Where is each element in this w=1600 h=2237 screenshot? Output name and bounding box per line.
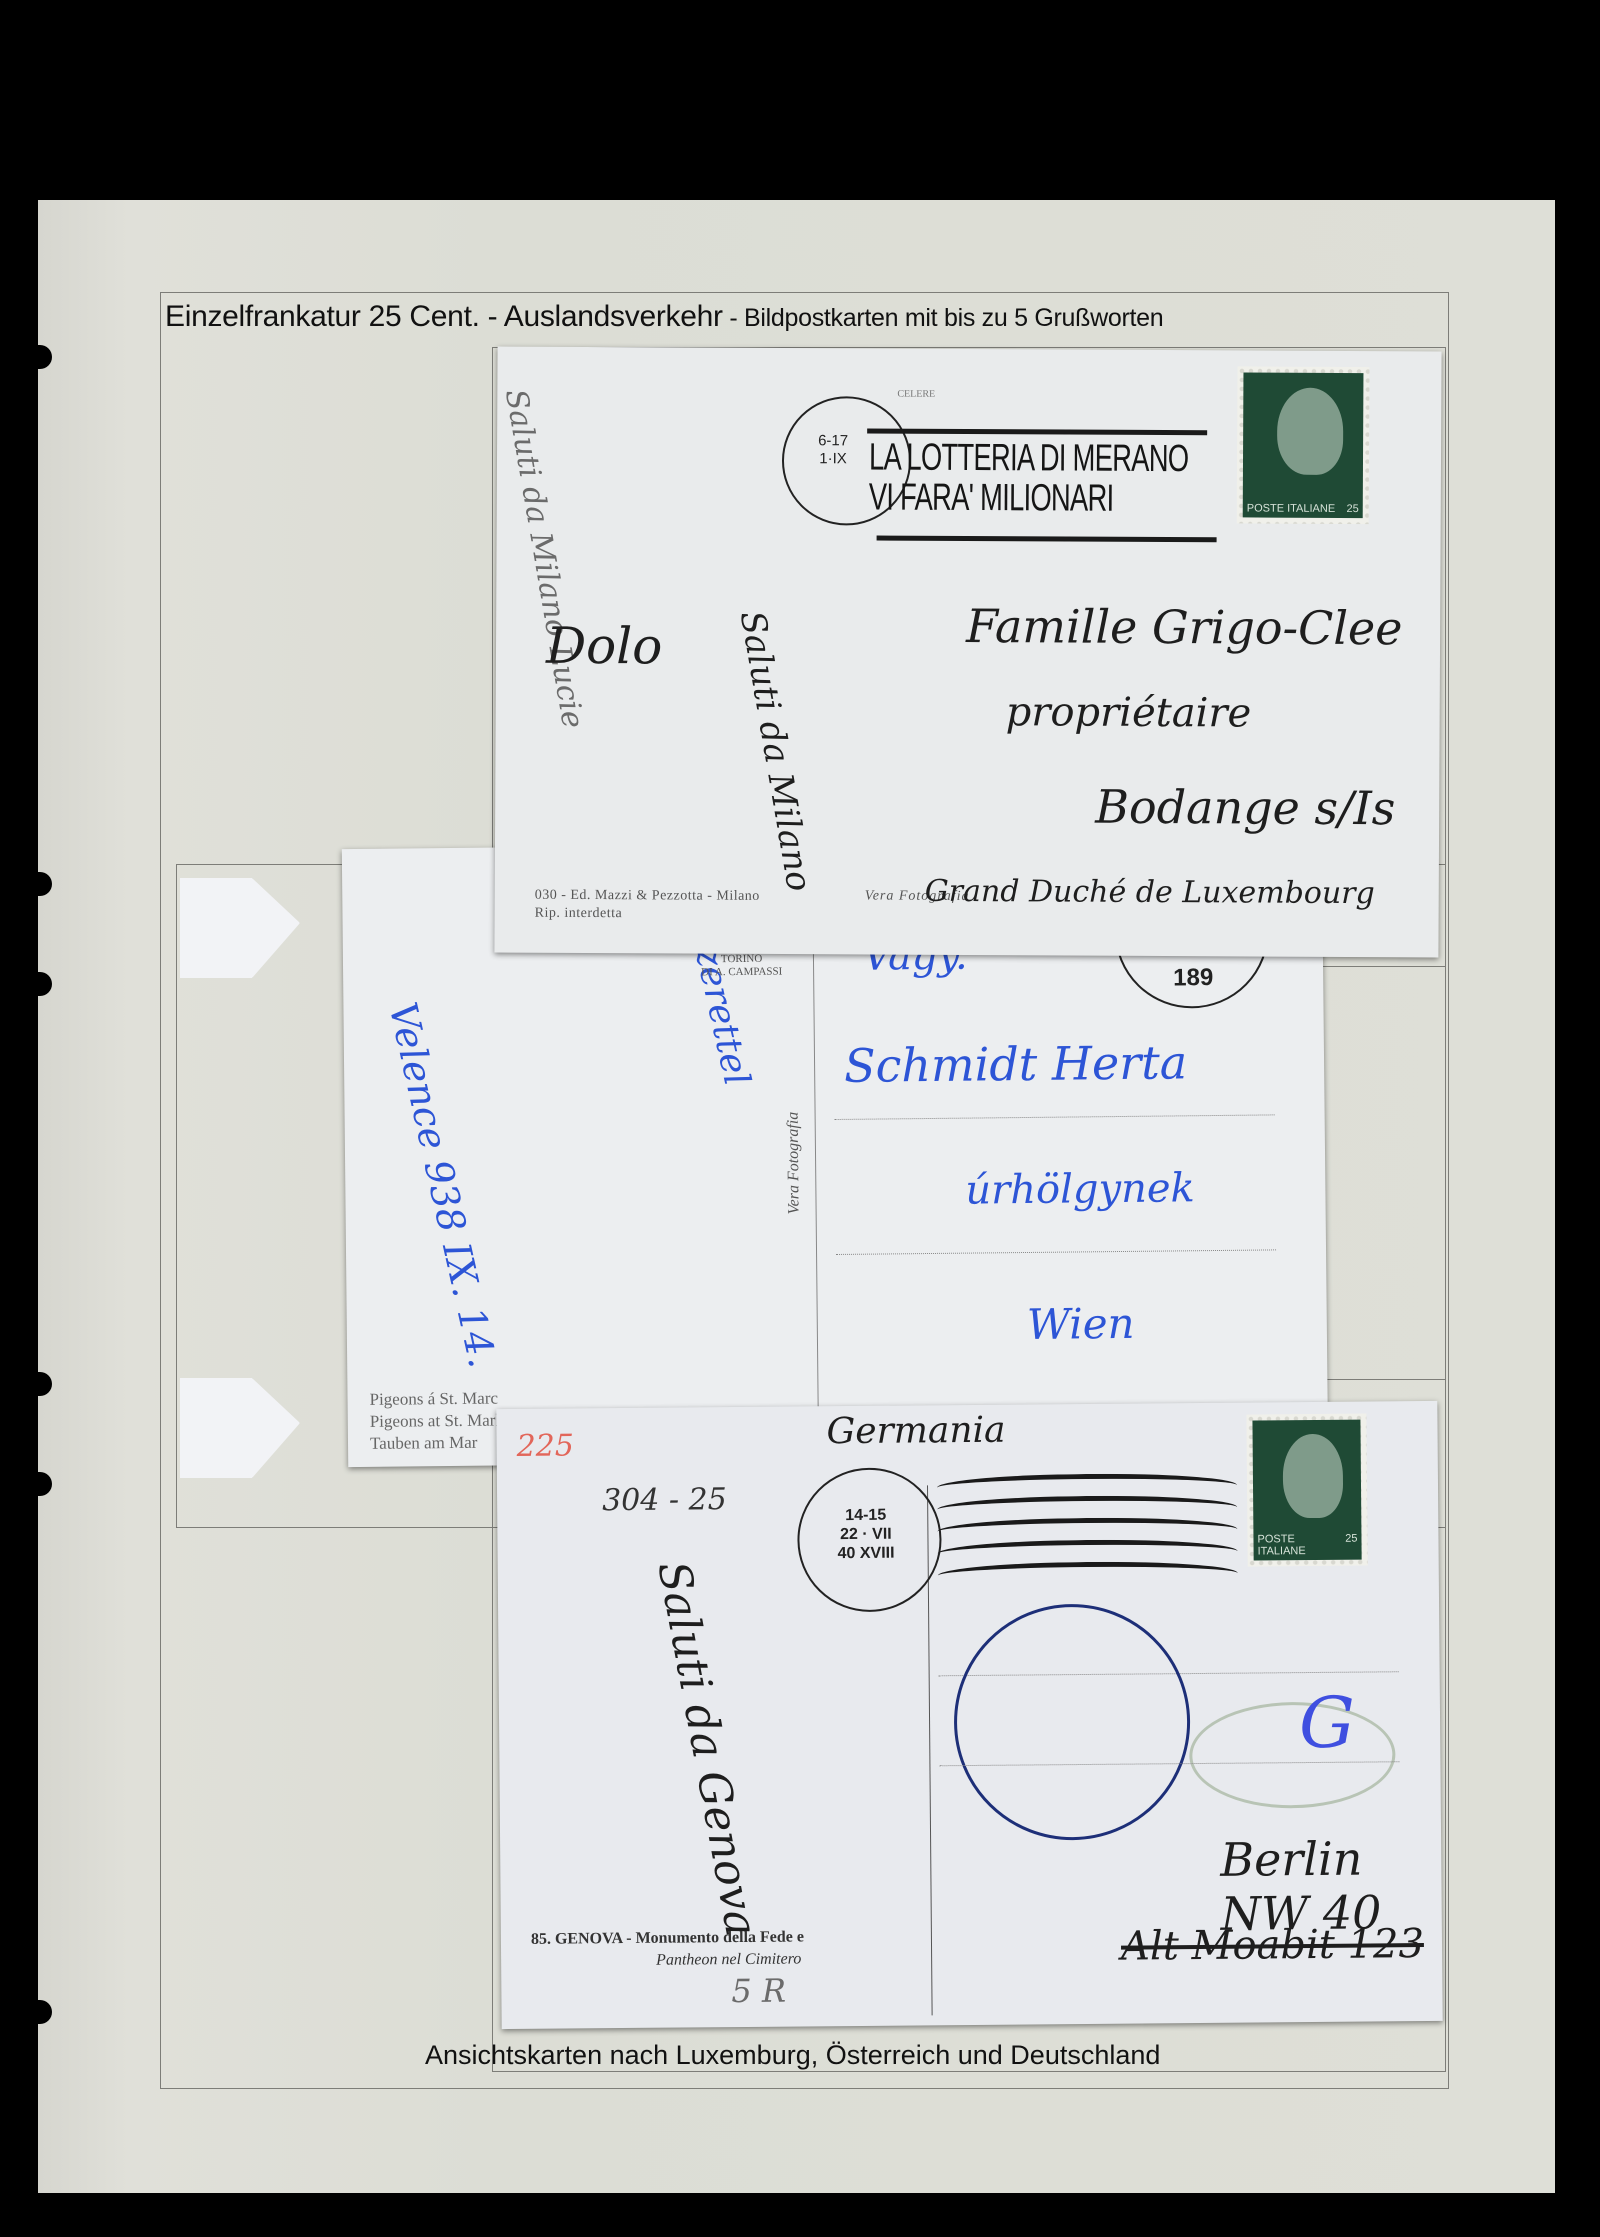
pencil-note: 5 R: [731, 1972, 786, 2010]
red-pencil-note: 225: [516, 1428, 574, 1463]
title-sub: - Bildpostkarten mit bis zu 5 Grußworten: [723, 304, 1164, 332]
address-line: Alt Moabit 123: [1121, 1921, 1424, 1970]
address-line: Wien: [1027, 1299, 1135, 1349]
dealer-mark: CELERE: [897, 389, 935, 400]
blue-pencil-mark: G: [1299, 1682, 1356, 1764]
page-caption: Ansichtskarten nach Luxemburg, Österreic…: [425, 2040, 1160, 2071]
publisher-imprint: 030 - Ed. Mazzi & Pezzotta - MilanoRip. …: [535, 887, 760, 924]
slogan-bar: [867, 428, 1207, 435]
slogan-line: LA LOTTERIA DI MERANO: [869, 436, 1189, 481]
slogan-bar: [877, 536, 1217, 543]
address-line: úrhölgynek: [965, 1165, 1195, 1213]
pencil-note: 304 - 25: [602, 1482, 727, 1518]
postmark-genova-ferrovia: 14-1522 · VII40 XVIII: [797, 1467, 942, 1612]
picture-caption: Pigeons á St. MarcPigeons at St. MarkTau…: [369, 1387, 504, 1454]
page-title: Einzelfrankatur 25 Cent. - Auslandsverke…: [165, 300, 1163, 334]
postage-stamp: POSTE ITALIANE25: [1246, 1414, 1367, 1567]
slogan-line: VI FARA' MILIONARI: [869, 476, 1114, 520]
address-line: Bodange s/Is: [1095, 780, 1395, 836]
handwritten-message: Saluti da Milano Lucie: [498, 387, 590, 731]
censor-mark: [953, 1603, 1191, 1841]
postcard-luxembourg: Saluti da Milano Lucie Dolo Saluti da Mi…: [494, 347, 1441, 958]
publisher-imprint: 85. GENOVA - Monumento della Fede ePanth…: [531, 1926, 804, 1972]
address-line-guide: [836, 1249, 1276, 1255]
handwritten-message: Velence 938 IX. 14.: [380, 998, 504, 1371]
machine-cancel-line: [938, 1561, 1238, 1589]
address-line: propriétaire: [1006, 689, 1252, 736]
address-line-guide: [835, 1114, 1275, 1120]
address-line: Grand Duché de Luxembourg: [925, 874, 1375, 911]
title-main: Einzelfrankatur 25 Cent. - Auslandsverke…: [165, 300, 723, 333]
postcard-germany: 225 304 - 25 Saluti da Genova 85. GENOVA…: [496, 1401, 1442, 2029]
postage-stamp: POSTE ITALIANE25: [1237, 366, 1370, 524]
handwritten-message: Saluti da Genova: [647, 1557, 766, 1940]
dealer-mark: TORINODI A. CAMPASSI: [701, 953, 782, 980]
divider-line: [812, 904, 818, 1424]
address-line: Germania: [826, 1410, 1005, 1453]
signature: Dolo: [546, 617, 663, 676]
address-line: Schmidt Herta: [844, 1035, 1188, 1093]
handwritten-message: Saluti da Milano: [732, 608, 819, 894]
examiner-oval-mark: [1189, 1701, 1396, 1809]
vera-fotografia: Vera Fotografia: [785, 1112, 804, 1215]
address-line: Famille Grigo-Clee: [966, 599, 1403, 655]
